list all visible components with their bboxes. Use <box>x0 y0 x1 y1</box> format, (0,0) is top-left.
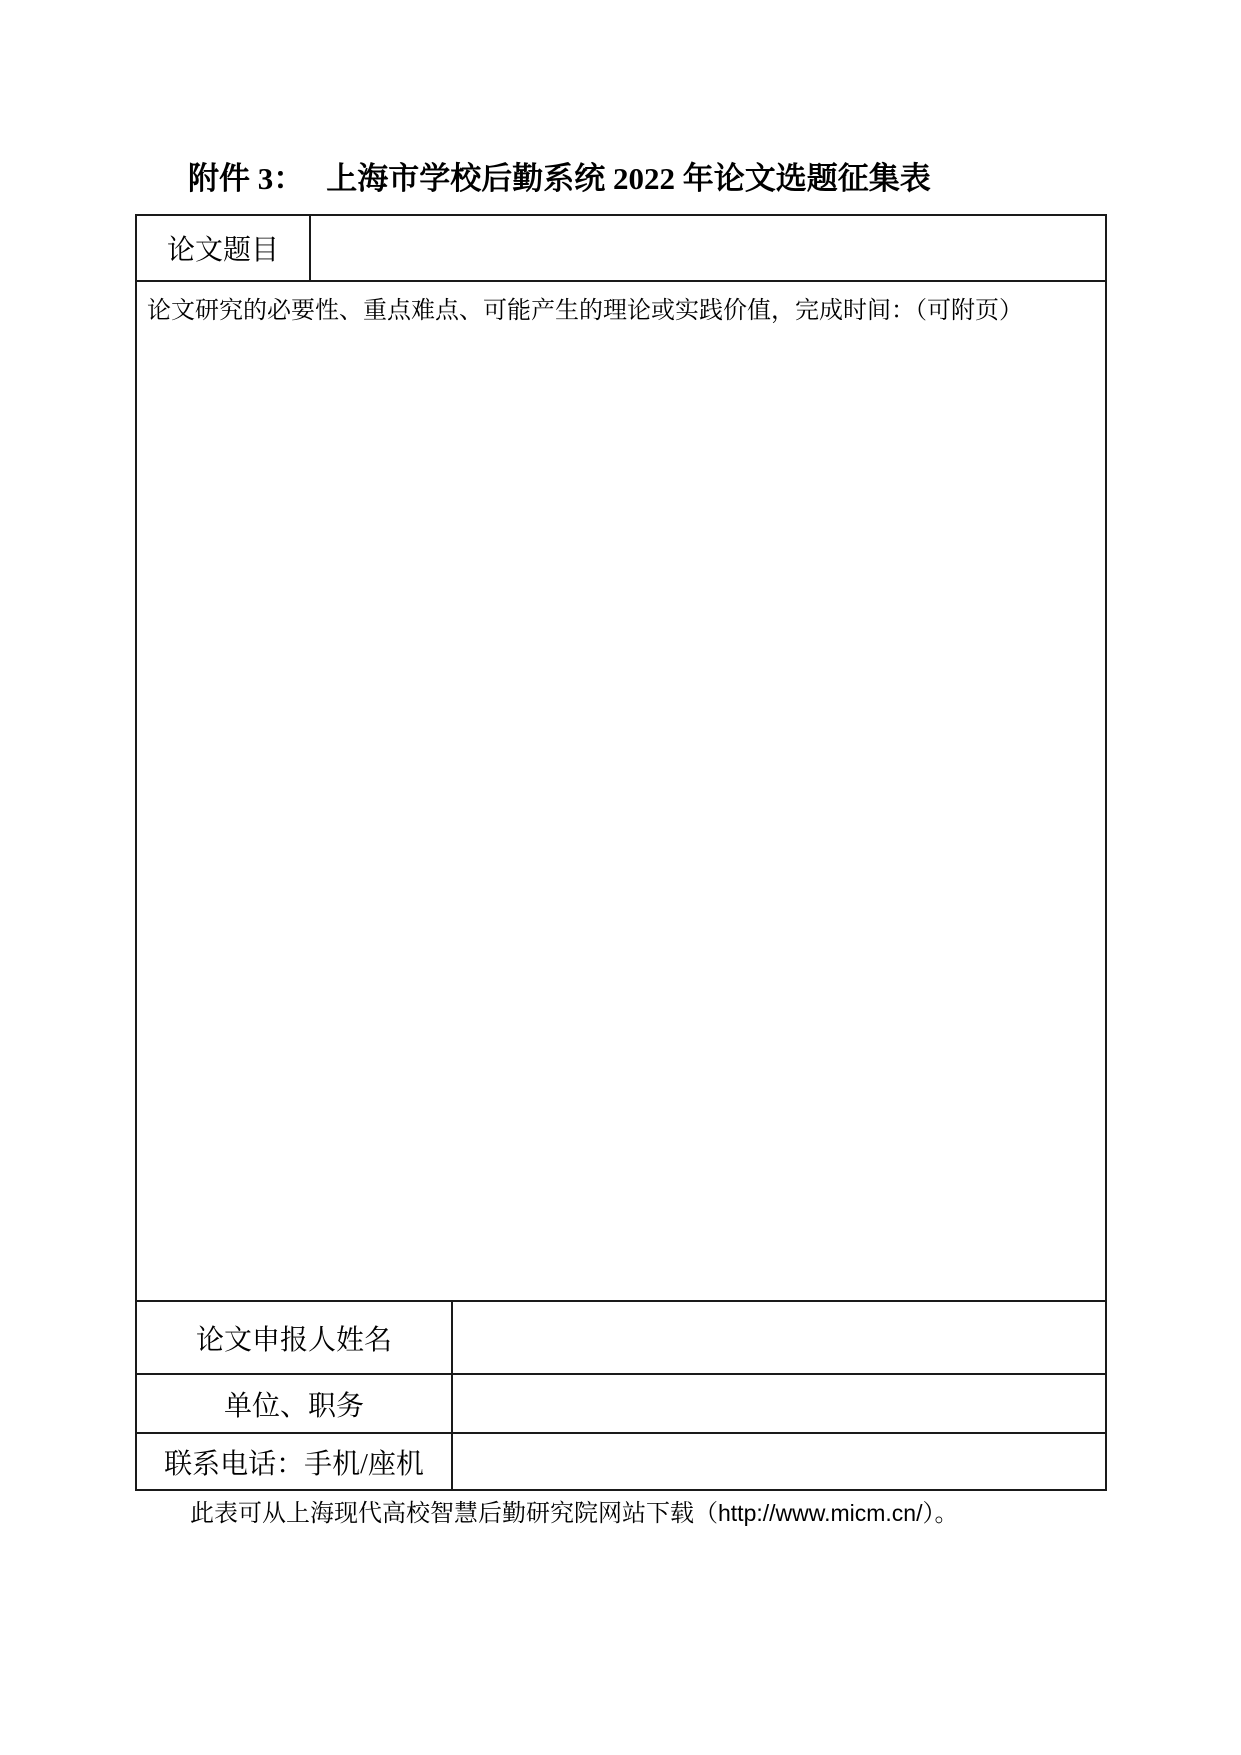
contact-phone-input-cell[interactable] <box>453 1434 1105 1489</box>
download-note: 此表可从上海现代高校智慧后勤研究院网站下载（http://www.micm.cn… <box>190 1496 958 1531</box>
unit-position-input-cell[interactable] <box>453 1375 1105 1432</box>
table-row-paper-title: 论文题目 <box>137 216 1105 282</box>
applicant-name-input-cell[interactable] <box>453 1302 1105 1373</box>
attachment-number-label: 附件 3： <box>188 161 304 196</box>
table-row-contact-phone: 联系电话：手机/座机 <box>137 1434 1105 1489</box>
table-row-research-description: 论文研究的必要性、重点难点、可能产生的理论或实践价值，完成时间：（可附页） <box>137 282 1105 1302</box>
research-description-input-cell[interactable] <box>147 326 1093 1226</box>
document-page: 附件 3：上海市学校后勤系统 2022 年论文选题征集表 论文题目 论文研究的必… <box>0 0 1241 1755</box>
download-note-suffix: ）。 <box>922 1501 958 1527</box>
download-note-prefix: 此表可从上海现代高校智慧后勤研究院网站下载（ <box>190 1501 718 1527</box>
table-row-unit-position: 单位、职务 <box>137 1375 1105 1434</box>
table-row-applicant-name: 论文申报人姓名 <box>137 1302 1105 1375</box>
download-url-text: http://www.micm.cn/ <box>718 1500 922 1526</box>
form-title-text: 上海市学校后勤系统 2022 年论文选题征集表 <box>326 161 931 196</box>
page-title: 附件 3：上海市学校后勤系统 2022 年论文选题征集表 <box>188 158 931 200</box>
topic-collection-form-table: 论文题目 论文研究的必要性、重点难点、可能产生的理论或实践价值，完成时间：（可附… <box>135 214 1107 1491</box>
paper-title-label: 论文题目 <box>137 216 311 280</box>
research-description-label: 论文研究的必要性、重点难点、可能产生的理论或实践价值，完成时间：（可附页） <box>147 296 1093 326</box>
unit-position-label: 单位、职务 <box>137 1375 453 1432</box>
contact-phone-label: 联系电话：手机/座机 <box>137 1434 453 1489</box>
paper-title-input-cell[interactable] <box>311 216 1105 280</box>
applicant-name-label: 论文申报人姓名 <box>137 1302 453 1373</box>
